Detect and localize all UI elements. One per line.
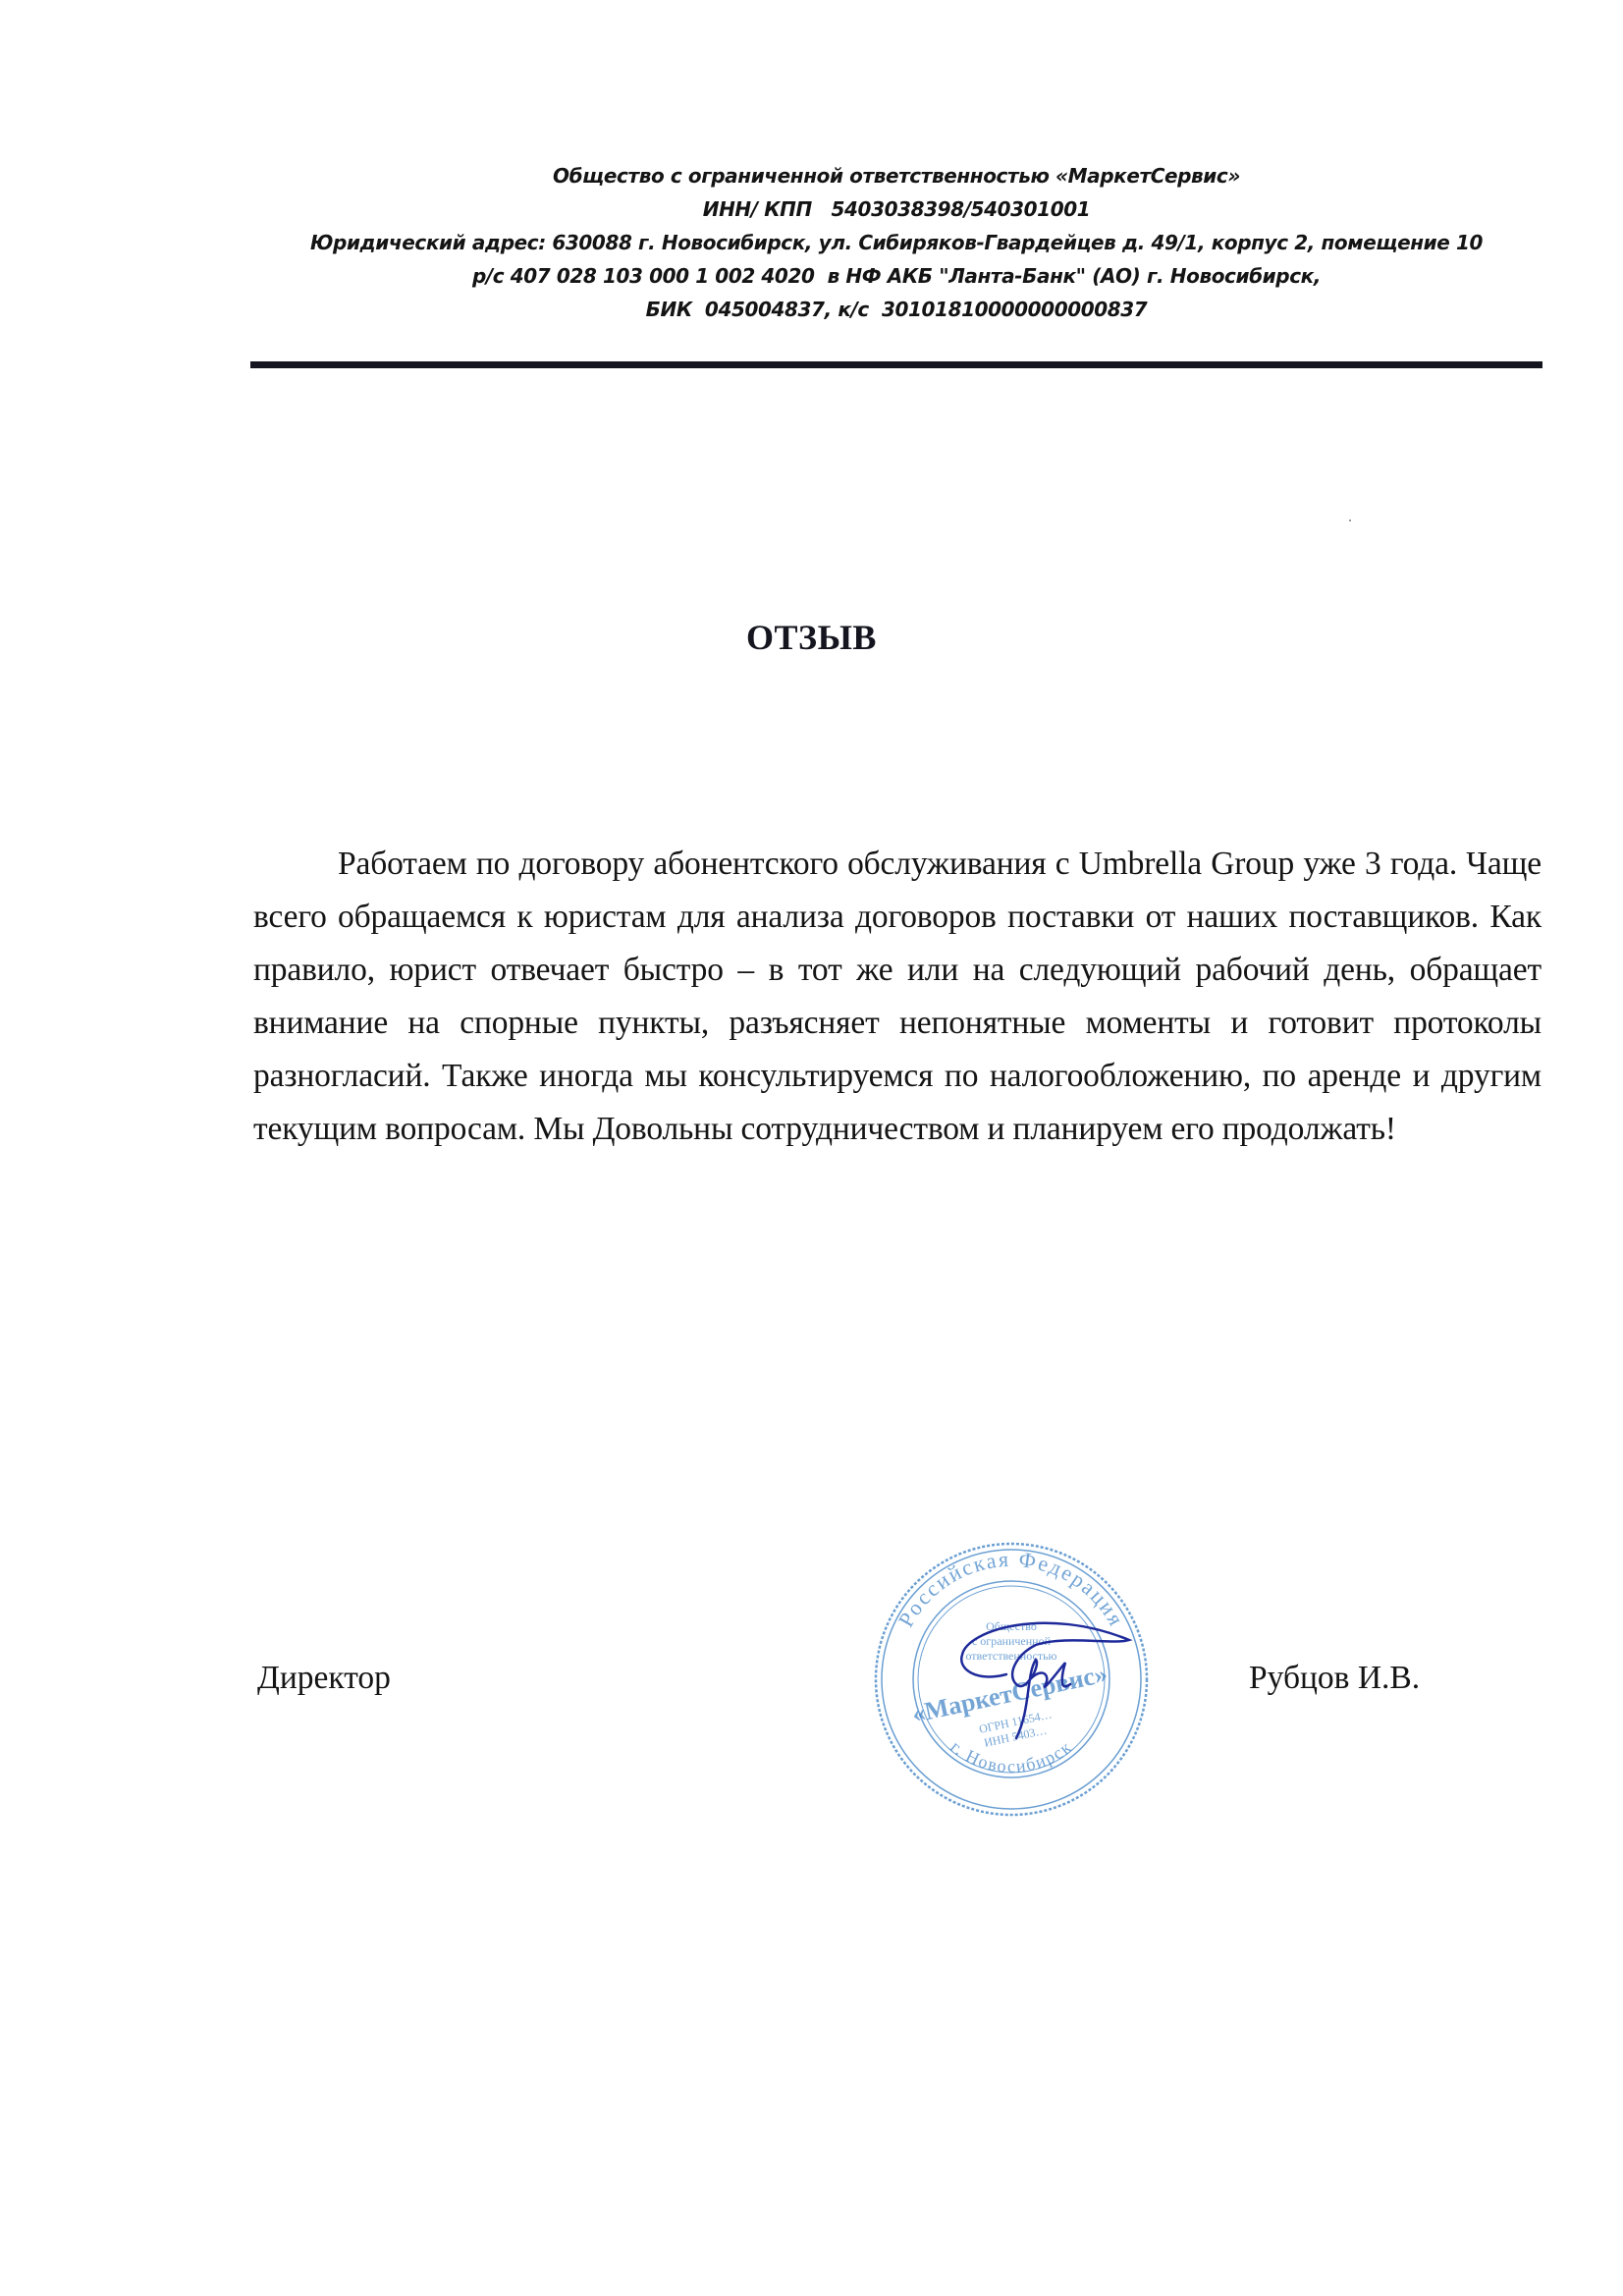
letterhead-bik: БИК 045004837, к/с 30101810000000000837 xyxy=(250,293,1542,326)
letterhead-company: Общество с ограниченной ответственностью… xyxy=(250,159,1542,192)
signatory-role: Директор xyxy=(257,1660,391,1697)
svg-text:ответственностью: ответственностью xyxy=(965,1649,1056,1663)
letterhead-inn-kpp: ИНН/ КПП 5403038398/540301001 xyxy=(250,192,1542,226)
document-title: ОТЗЫВ xyxy=(0,617,1623,658)
signatory-name: Рубцов И.В. xyxy=(1249,1660,1420,1697)
scan-speck xyxy=(1349,519,1351,521)
document-page: Общество с ограниченной ответственностью… xyxy=(0,0,1623,2296)
letterhead-address: Юридический адрес: 630088 г. Новосибирск… xyxy=(250,226,1542,259)
letterhead-divider xyxy=(250,361,1542,368)
letterhead: Общество с ограниченной ответственностью… xyxy=(250,159,1542,326)
svg-text:с ограниченной: с ограниченной xyxy=(972,1634,1052,1648)
svg-text:Российская Федерация: Российская Федерация xyxy=(893,1547,1130,1631)
document-body: Работаем по договору абонентского обслуж… xyxy=(253,838,1542,1156)
letterhead-bank-account: р/с 407 028 103 000 1 002 4020 в НФ АКБ … xyxy=(250,259,1542,293)
company-stamp-icon: Российская Федерация г. Новосибирск Обще… xyxy=(869,1537,1154,1822)
